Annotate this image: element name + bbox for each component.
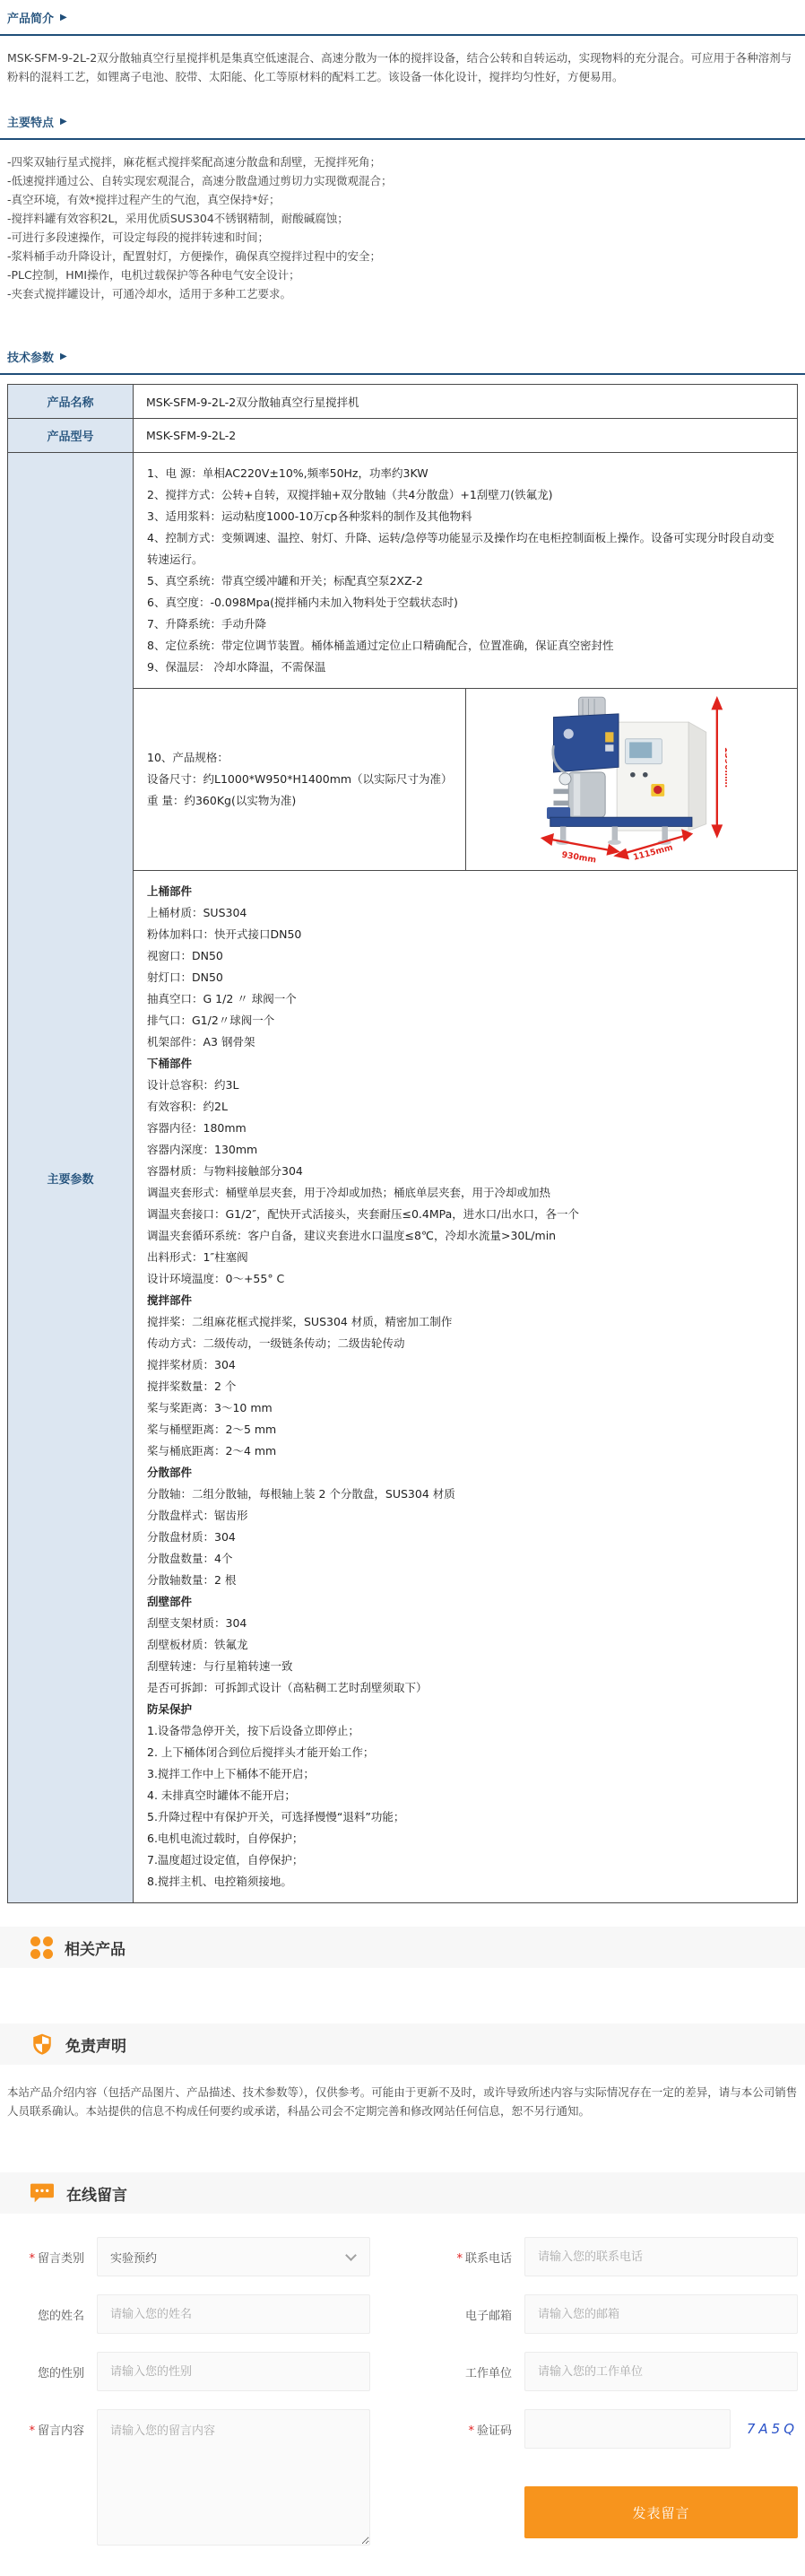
feature-item: -真空环境，有效*搅拌过程产生的气泡，真空保持*好； (7, 190, 798, 209)
spec-line: 分散盘样式：锯齿形 (147, 1505, 783, 1527)
spec-line: 设计环境温度：0～+55° C (147, 1268, 783, 1290)
spec-line: 设计总容积：约3L (147, 1075, 783, 1096)
name-input[interactable] (97, 2294, 370, 2334)
field-label: 电子邮箱 (465, 2310, 512, 2323)
required-mark: * (29, 2252, 35, 2266)
table-row: 主要参数 1、电 源：单相AC220V±10%,频率50Hz，功率约3KW2、搅… (8, 453, 798, 689)
spec-line: 7、升降系统：手动升降 (147, 614, 783, 635)
spec-line: 分散部件 (147, 1462, 783, 1484)
gender-input[interactable] (97, 2352, 370, 2391)
feature-item: -浆料桶手动升降设计，配置射灯，方便操作，确保真空搅拌过程中的安全； (7, 247, 798, 265)
category-selected-value: 实验预约 (110, 2249, 157, 2266)
product-image: 1390mm 930mm 1115mm (535, 690, 727, 866)
email-input[interactable] (524, 2294, 798, 2334)
spec-line: 设备尺寸：约L1000*W950*H1400mm（以实际尺寸为准） (147, 769, 452, 790)
spec-line: 刮壁部件 (147, 1591, 783, 1613)
spec-line: 2、搅拌方式：公转+自转，双搅拌轴+双分散轴（共4分散盘）+1刮壁刀(铁氟龙) (147, 484, 783, 506)
spec-line: 下桶部件 (147, 1053, 783, 1075)
spec-line: 1.设备带急停开关，按下后设备立即停止； (147, 1720, 783, 1742)
field-label: 您的姓名 (38, 2310, 84, 2323)
spec-line: 4、控制方式：变频调速、温控、射灯、升降、运转/急停等功能显示及操作均在电柜控制… (147, 527, 783, 570)
spec-line: 6、真空度：-0.098Mpa(搅拌桶内未加入物料处于空载状态时) (147, 592, 783, 614)
features-title: 主要特点 (7, 113, 54, 130)
field-category: *留言类别 实验预约 (7, 2237, 370, 2276)
spec-line: 4. 未排真空时罐体不能开启； (147, 1785, 783, 1806)
spec-line: 容器内深度：130mm (147, 1139, 783, 1161)
required-mark: * (468, 2424, 474, 2438)
features-heading: 主要特点 ▶ (0, 109, 805, 140)
feature-item: -PLC控制，HMI操作，电机过载保护等各种电气安全设计； (7, 265, 798, 284)
chevron-down-icon (345, 2250, 357, 2261)
spec-line: 防呆保护 (147, 1699, 783, 1720)
spec-line: 刮壁支架材质：304 (147, 1613, 783, 1634)
spec-line: 重 量：约360Kg(以实物为准) (147, 790, 452, 812)
spec-line: 分散盘数量：4个 (147, 1548, 783, 1570)
content-textarea[interactable] (97, 2409, 370, 2546)
submit-message-button[interactable]: 发表留言 (524, 2486, 798, 2538)
spec-line: 分散轴数量：2 根 (147, 1570, 783, 1591)
feature-item: -四桨双轴行星式搅拌，麻花框式搅拌桨配高速分散盘和刮壁，无搅拌死角； (7, 152, 798, 171)
main-params-label: 主要参数 (8, 453, 134, 1903)
spec-table: 产品名称 MSK-SFM-9-2L-2双分散轴真空行星搅拌机 产品型号 MSK-… (7, 384, 798, 1903)
spec-line: 上桶材质：SUS304 (147, 902, 783, 924)
spec-line: 搅拌桨数量：2 个 (147, 1376, 783, 1397)
spec-line: 刮壁板材质：铁氟龙 (147, 1634, 783, 1656)
spec-line: 8、定位系统：带定位调节装置。桶体桶盖通过定位止口精确配合，位置准确，保证真空密… (147, 635, 783, 657)
table-row: 产品名称 MSK-SFM-9-2L-2双分散轴真空行星搅拌机 (8, 385, 798, 419)
spec-line: 桨与桶壁距离：2～5 mm (147, 1419, 783, 1440)
intro-paragraph: MSK-SFM-9-2L-2双分散轴真空行星搅拌机是集真空低速混合、高速分散为一… (7, 48, 798, 86)
triangle-right-icon: ▶ (60, 352, 67, 361)
spec-line: 9、保温层： 冷却水降温，不需保温 (147, 657, 783, 678)
product-detail-page: 产品简介 ▶ MSK-SFM-9-2L-2双分散轴真空行星搅拌机是集真空低速混合… (0, 0, 805, 2549)
field-company: 工作单位 (435, 2352, 798, 2391)
triangle-right-icon: ▶ (60, 13, 67, 22)
field-label: 联系电话 (465, 2252, 512, 2266)
feature-item: -可进行多段速操作，可设定每段的搅拌转速和时间； (7, 228, 798, 247)
dim-height-label: 1390mm (723, 747, 727, 788)
disclaimer-title: 免责声明 (65, 2033, 126, 2056)
spec-line: 2. 上下桶体闭合到位后搅拌头才能开始工作； (147, 1742, 783, 1763)
spec-line: 5、真空系统：带真空缓冲罐和开关；标配真空泵2XZ-2 (147, 570, 783, 592)
spec-line: 容器内径：180mm (147, 1118, 783, 1139)
spec-line: 桨与桨距离：3～10 mm (147, 1397, 783, 1419)
spec-line: 3.搅拌工作中上下桶体不能开启； (147, 1763, 783, 1785)
spec-line: 10、产品规格： (147, 747, 452, 769)
category-select[interactable]: 实验预约 (97, 2237, 370, 2276)
field-label: 验证码 (477, 2424, 512, 2438)
spec-line: 7.温度超过设定值，自停保护； (147, 1849, 783, 1871)
speech-bubble-icon (30, 2181, 55, 2205)
field-label: 留言类别 (38, 2252, 84, 2266)
captcha-code[interactable]: 7A5Q (747, 2421, 798, 2437)
spec-line: 射灯口：DN50 (147, 967, 783, 988)
triangle-right-icon: ▶ (60, 117, 67, 126)
spec-line: 3、适用浆料：运动粘度1000-10万cp各种浆料的制作及其他物料 (147, 506, 783, 527)
spec-line: 分散盘材质：304 (147, 1527, 783, 1548)
main-params-block3: 上桶部件上桶材质：SUS304粉体加料口：快开式接口DN50视窗口：DN50射灯… (134, 872, 796, 1902)
specs-heading: 技术参数 ▶ (0, 344, 805, 375)
spec-line: 有效容积：约2L (147, 1096, 783, 1118)
field-label: 留言内容 (38, 2424, 84, 2438)
field-captcha: *验证码 7A5Q 发表留言 (435, 2409, 798, 2549)
section-specs: 技术参数 ▶ 产品名称 MSK-SFM-9-2L-2双分散轴真空行星搅拌机 产品… (0, 344, 805, 1903)
field-name: 您的姓名 (7, 2294, 370, 2334)
feature-item: -低速搅拌通过公、自转实现宏观混合，高速分散盘通过剪切力实现微观混合； (7, 171, 798, 190)
spec-line: 容器材质：与物料接触部分304 (147, 1161, 783, 1182)
disclaimer-header: 免责声明 (0, 2023, 805, 2065)
row-label: 产品型号 (8, 419, 134, 453)
spec-line: 5.升降过程中有保护开关，可选择慢慢“退料”功能； (147, 1806, 783, 1828)
feature-item: -夹套式搅拌罐设计，可通冷却水，适用于多种工艺要求。 (7, 284, 798, 303)
spec-line: 调温夹套形式：桶壁单层夹套，用于冷却或加热；桶底单层夹套，用于冷却或加热 (147, 1182, 783, 1204)
dim-width-label: 930mm (561, 850, 597, 866)
row-label: 产品名称 (8, 385, 134, 419)
intro-title: 产品简介 (7, 9, 54, 26)
spec-line: 抽真空口：G 1/2 〃 球阀一个 (147, 988, 783, 1010)
product-dimensions-block: 10、产品规格：设备尺寸：约L1000*W950*H1400mm（以实际尺寸为准… (134, 738, 464, 821)
spec-line: 机架部件：A3 钢骨架 (147, 1031, 783, 1053)
field-email: 电子邮箱 (435, 2294, 798, 2334)
spec-line: 视窗口：DN50 (147, 945, 783, 967)
features-list: -四桨双轴行星式搅拌，麻花框式搅拌桨配高速分散盘和刮壁，无搅拌死角；-低速搅拌通… (7, 152, 798, 303)
online-message-title: 在线留言 (66, 2182, 127, 2205)
spec-line: 6.电机电流过载时，自停保护； (147, 1828, 783, 1849)
field-gender: 您的性别 (7, 2352, 370, 2391)
product-image-cell: 1390mm 930mm 1115mm (465, 689, 798, 871)
spec-line: 分散轴：二组分散轴，每根轴上装 2 个分散盘，SUS304 材质 (147, 1484, 783, 1505)
spec-line: 搅拌部件 (147, 1290, 783, 1311)
related-products-header: 相关产品 (0, 1927, 805, 1968)
spec-line: 桨与桶底距离：2～4 mm (147, 1440, 783, 1462)
section-features: 主要特点 ▶ -四桨双轴行星式搅拌，麻花框式搅拌桨配高速分散盘和刮壁，无搅拌死角… (0, 109, 805, 303)
shield-icon (30, 2032, 54, 2056)
company-input[interactable] (524, 2352, 798, 2391)
required-mark: * (29, 2424, 35, 2438)
captcha-input[interactable] (524, 2409, 731, 2449)
spec-line: 出料形式：1″柱塞阀 (147, 1247, 783, 1268)
field-phone: *联系电话 (435, 2237, 798, 2276)
spec-line: 调温夹套接口：G1/2″，配快开式活接头，夹套耐压≤0.4MPa，进水口/出水口… (147, 1204, 783, 1225)
table-row: 产品型号 MSK-SFM-9-2L-2 (8, 419, 798, 453)
specs-title: 技术参数 (7, 348, 54, 365)
intro-heading: 产品简介 ▶ (0, 5, 805, 36)
section-intro: 产品简介 ▶ MSK-SFM-9-2L-2双分散轴真空行星搅拌机是集真空低速混合… (0, 5, 805, 86)
spec-line: 刮壁转速：与行星箱转速一致 (147, 1656, 783, 1677)
field-content: *留言内容 (7, 2409, 370, 2549)
spec-line: 上桶部件 (147, 881, 783, 902)
online-message-header: 在线留言 (0, 2172, 805, 2214)
message-form: *留言类别 实验预约 *联系电话 您的姓名 电子邮箱 您的性别 (7, 2237, 798, 2549)
required-mark: * (456, 2252, 463, 2266)
disclaimer-text: 本站产品介绍内容（包括产品图片、产品描述、技术参数等），仅供参考。可能由于更新不… (7, 2083, 798, 2120)
related-products-icon (30, 1936, 53, 1959)
related-products-title: 相关产品 (65, 1936, 126, 1959)
row-value: MSK-SFM-9-2L-2双分散轴真空行星搅拌机 (134, 385, 798, 419)
spec-line: 排气口：G1/2〃球阀一个 (147, 1010, 783, 1031)
spec-line: 搅拌桨：二组麻花框式搅拌桨，SUS304 材质，精密加工制作 (147, 1311, 783, 1333)
spec-line: 8.搅拌主机、电控箱须接地。 (147, 1871, 783, 1893)
spec-line: 搅拌桨材质：304 (147, 1354, 783, 1376)
row-value: MSK-SFM-9-2L-2 (134, 419, 798, 453)
feature-item: -搅拌料罐有效容积2L，采用优质SUS304不锈钢精制，耐酸碱腐蚀； (7, 209, 798, 228)
spec-line: 传动方式：二级传动，一级链条传动；二级齿轮传动 (147, 1333, 783, 1354)
main-params-block1: 1、电 源：单相AC220V±10%,频率50Hz，功率约3KW2、搅拌方式：公… (134, 454, 796, 687)
phone-input[interactable] (524, 2237, 798, 2276)
spec-line: 1、电 源：单相AC220V±10%,频率50Hz，功率约3KW (147, 463, 783, 484)
spec-line: 粉体加料口：快开式接口DN50 (147, 924, 783, 945)
spec-line: 是否可拆卸：可拆卸式设计（高粘稠工艺时刮壁须取下） (147, 1677, 783, 1699)
field-label: 工作单位 (465, 2367, 512, 2380)
spec-line: 调温夹套循环系统：客户自备，建议夹套进水口温度≤8℃，冷却水流量>30L/min (147, 1225, 783, 1247)
field-label: 您的性别 (38, 2367, 84, 2380)
